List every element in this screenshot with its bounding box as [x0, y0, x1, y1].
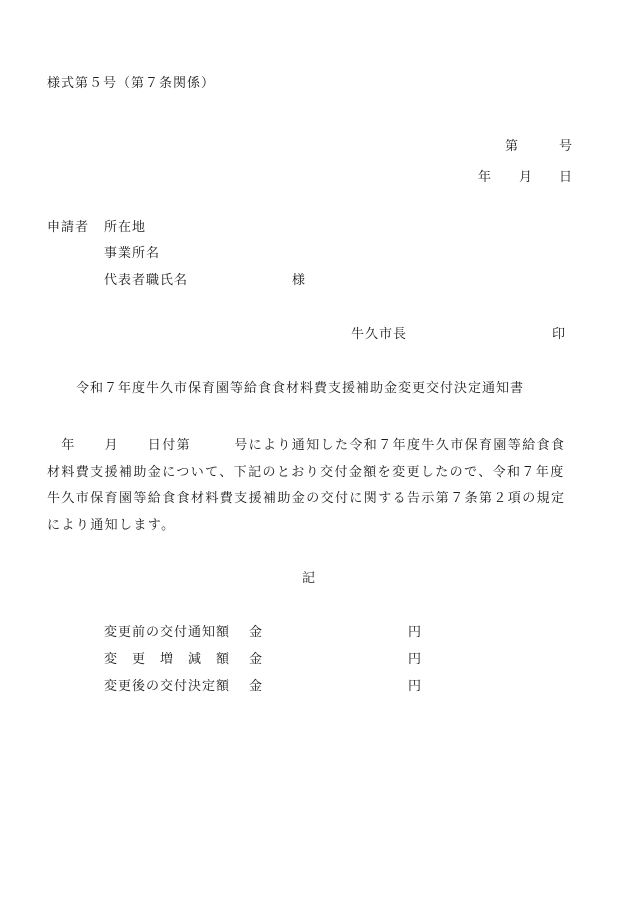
date-year: 年	[478, 170, 491, 186]
seal-mark: 印	[552, 327, 565, 343]
amount-unit: 円	[408, 652, 421, 668]
honorific: 様	[292, 273, 305, 289]
amount-unit: 円	[408, 625, 421, 641]
amount-prefix: 金	[249, 652, 262, 668]
body-line: 牛久市保育園等給食食材料費支援補助金の交付に関する告示第７条第２項の規定	[47, 486, 582, 513]
amount-prefix: 金	[249, 625, 262, 641]
date-month: 月	[519, 170, 532, 186]
body-line: 年 月 日付第 号により通知した令和７年度牛久市保育園等給食食	[47, 433, 582, 460]
body-line: により通知します。	[47, 513, 582, 540]
applicant-label: 申請者	[47, 220, 89, 236]
body-line: 材料費支援補助金について、下記のとおり交付金額を変更したので、令和７年度	[47, 460, 582, 487]
reference-number-suffix: 号	[559, 139, 572, 155]
body-paragraph: 年 月 日付第 号により通知した令和７年度牛久市保育園等給食食 材料費支援補助金…	[47, 433, 582, 539]
representative-label: 代表者職氏名	[104, 273, 188, 289]
date-day: 日	[559, 170, 572, 186]
reference-number-prefix: 第	[505, 139, 518, 155]
amount-prefix: 金	[249, 679, 262, 695]
amount-label-before: 変更前の交付通知額	[104, 625, 230, 641]
address-label: 所在地	[104, 220, 146, 236]
form-label: 様式第５号（第７条関係）	[47, 76, 215, 92]
document-title: 令和７年度牛久市保育園等給食食材料費支援補助金変更交付決定通知書	[76, 381, 524, 397]
amount-label-change: 変 更 増 減 額	[104, 652, 230, 668]
issuer-name: 牛久市長	[351, 327, 407, 343]
amount-unit: 円	[408, 679, 421, 695]
office-name-label: 事業所名	[104, 246, 160, 262]
ki-heading: 記	[302, 571, 315, 587]
amount-label-after: 変更後の交付決定額	[104, 679, 230, 695]
